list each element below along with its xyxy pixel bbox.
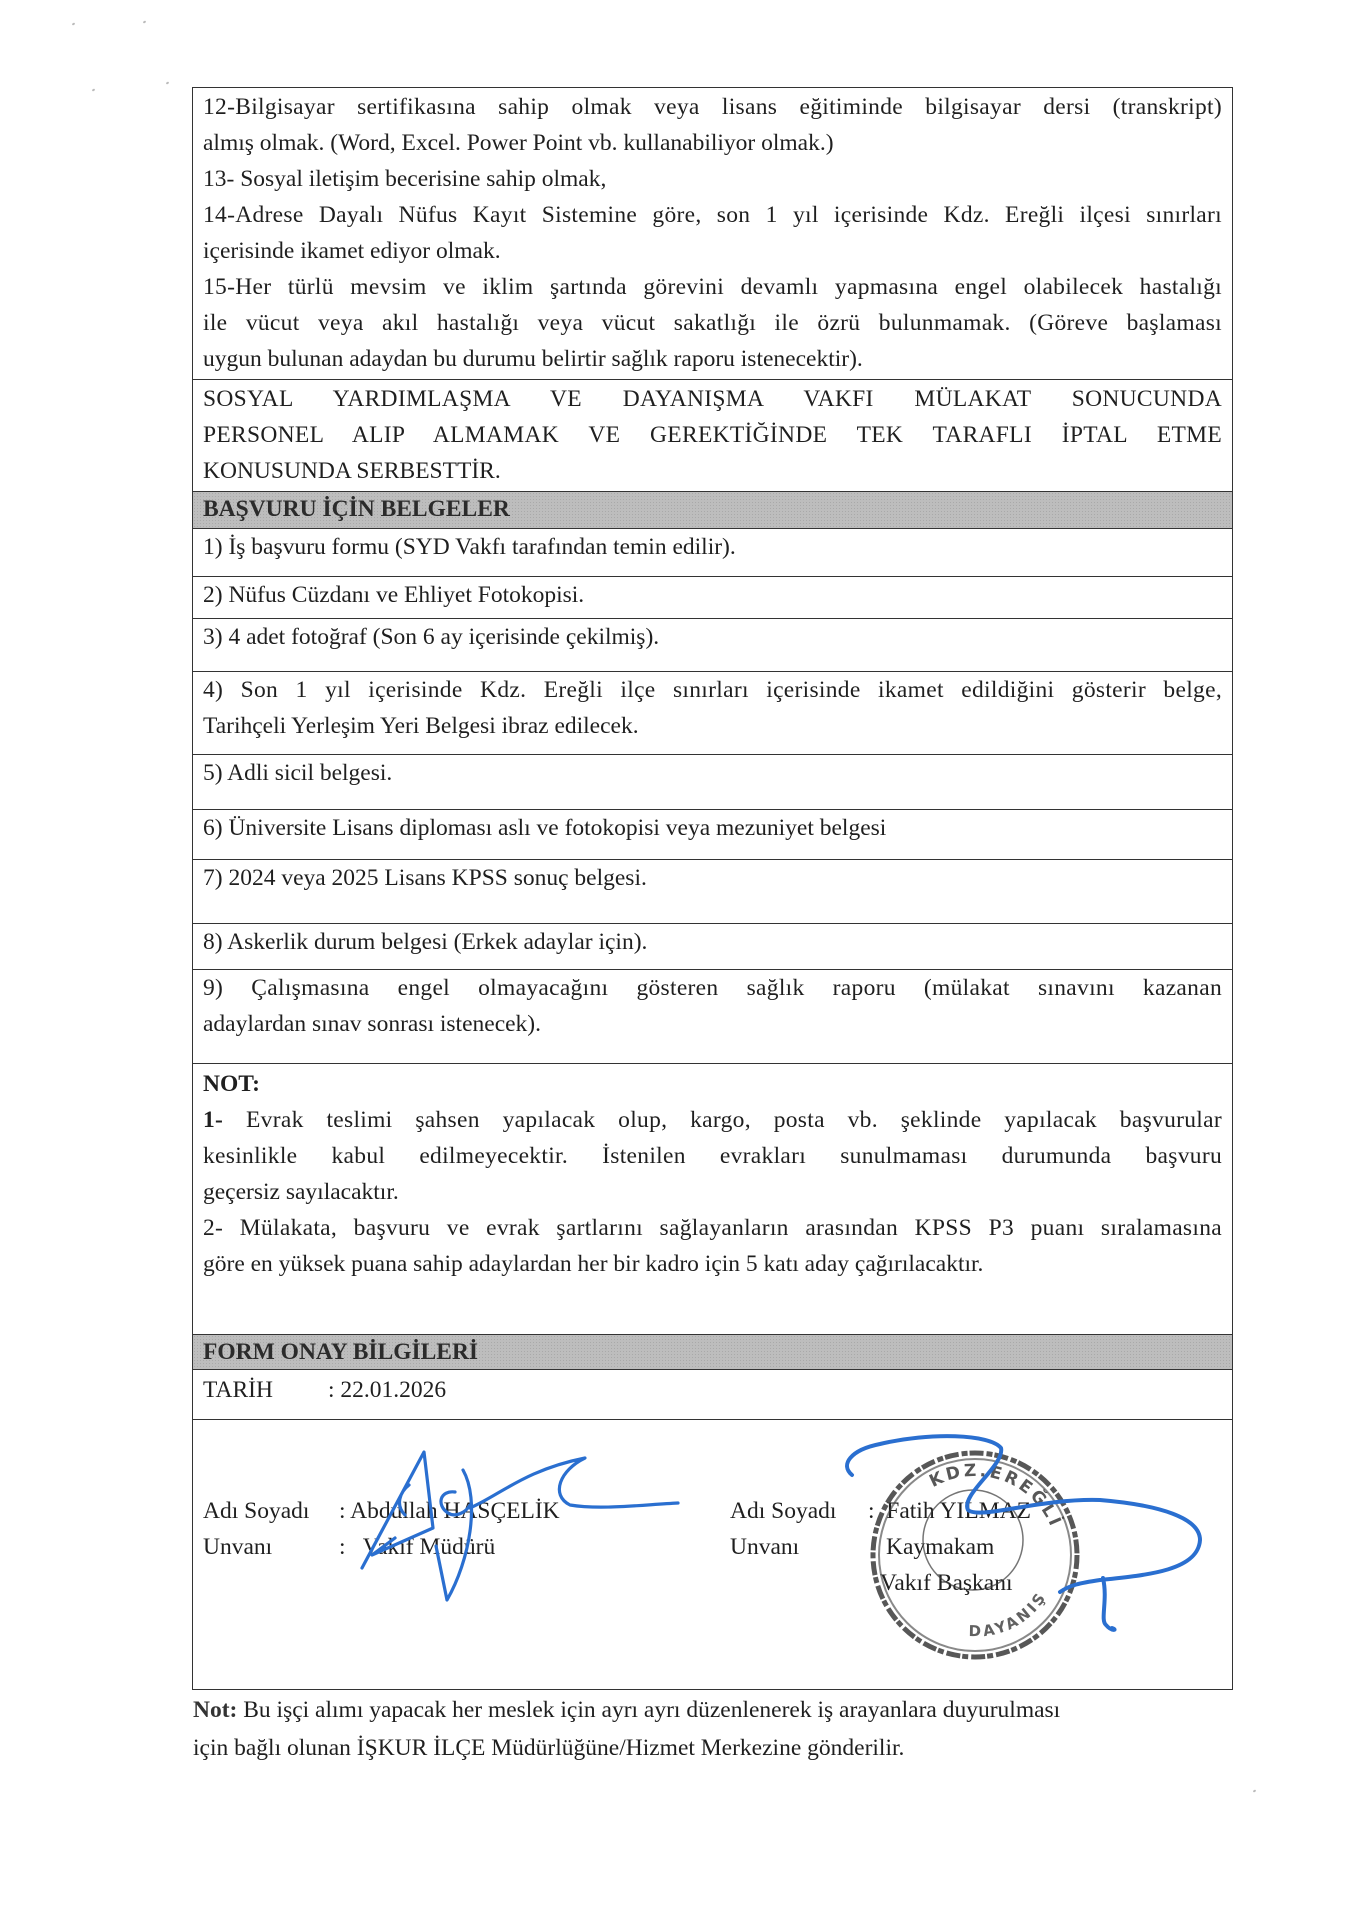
document-item-text: adaylardan sınav sonrası istenecek). [203,1006,1222,1042]
document-item: 5) Adli sicil belgesi. [193,754,1232,809]
notes-section: NOT: 1- Evrak teslimi şahsen yapılacak o… [193,1063,1232,1334]
document-item: 2) Nüfus Cüzdanı ve Ehliyet Fotokopisi. [193,576,1232,618]
scan-artifact [92,88,96,91]
note-1-text: Evrak teslimi şahsen yapılacak olup, kar… [223,1107,1222,1133]
document-item-text: 3) 4 adet fotoğraf (Son 6 ay içerisinde … [203,619,1222,655]
req-14-line-2: içerisinde ikamet ediyor olmak. [203,233,1222,269]
left-title-value: : Vakıf Müdürü [339,1534,495,1560]
left-title-label: Unvanı [203,1529,339,1565]
scan-artifact [143,20,147,23]
document-item: 1) İş başvuru formu (SYD Vakfı tarafında… [193,528,1232,576]
document-item-text: 6) Üniversite Lisans diploması aslı ve f… [203,810,1222,846]
document-item-text: 1) İş başvuru formu (SYD Vakfı tarafında… [203,529,1222,565]
document-item-text: 8) Askerlik durum belgesi (Erkek adaylar… [203,924,1222,960]
footer-note: Not: Bu işçi alımı yapacak her meslek iç… [193,1691,1233,1767]
left-name-label: Adı Soyadı [203,1493,339,1529]
left-name-value: : Abdullah HASÇELİK [339,1498,560,1524]
note-1-line-2: kesinlikle kabul edilmeyecektir. İstenil… [203,1138,1222,1174]
documents-section-title: BAŞVURU İÇİN BELGELER [203,496,510,522]
document-item: 4) Son 1 yıl içerisinde Kdz. Ereğli ilçe… [193,671,1232,754]
note-1-line-3: geçersiz sayılacaktır. [203,1174,1222,1210]
document-item-text: 2) Nüfus Cüzdanı ve Ehliyet Fotokopisi. [203,577,1222,613]
note-1-number: 1- [203,1107,223,1133]
req-12-line-2: almış olmak. (Word, Excel. Power Point v… [203,125,1222,161]
note-2-line-1: 2- Mülakata, başvuru ve evrak şartlarını… [203,1210,1222,1246]
footer-note-line-1: Bu işçi alımı yapacak her meslek için ay… [237,1697,1060,1723]
document-item: 9) Çalışmasına engel olmayacağını göster… [193,969,1232,1063]
approval-section-header: FORM ONAY BİLGİLERİ [193,1334,1232,1369]
approval-section-title: FORM ONAY BİLGİLERİ [203,1339,478,1365]
disclaimer-line-2: PERSONEL ALIP ALMAMAK VE GEREKTİĞİNDE TE… [203,417,1222,453]
right-title-value-2: Vakıf Başkanı [730,1565,1031,1601]
footer-note-label: Not: [193,1697,237,1723]
right-title-label: Unvanı [730,1529,868,1565]
disclaimer-line-3: KONUSUNDA SERBESTTİR. [203,453,1222,489]
document-item-text: Tarihçeli Yerleşim Yeri Belgesi ibraz ed… [203,708,1222,744]
document-item: 3) 4 adet fotoğraf (Son 6 ay içerisinde … [193,618,1232,671]
document-item: 7) 2024 veya 2025 Lisans KPSS sonuç belg… [193,859,1232,923]
left-signer: Adı Soyadı: Abdullah HASÇELİK Unvanı: Va… [203,1493,560,1565]
right-name-value: : Fatih YILMAZ [868,1498,1031,1524]
scan-artifact [72,22,76,25]
note-2-line-2: göre en yüksek puana sahip adaylardan he… [203,1246,1222,1282]
document-item: 8) Askerlik durum belgesi (Erkek adaylar… [193,923,1232,969]
job-posting-form-table: 12-Bilgisayar sertifikasına sahip olmak … [192,87,1233,1690]
document-item: 6) Üniversite Lisans diploması aslı ve f… [193,809,1232,859]
document-item-text: 7) 2024 veya 2025 Lisans KPSS sonuç belg… [203,860,1222,896]
documents-section-header: BAŞVURU İÇİN BELGELER [193,491,1232,528]
req-15-line-2: ile vücut veya akıl hastalığı veya vücut… [203,305,1222,341]
document-item-text: 4) Son 1 yıl içerisinde Kdz. Ereğli ilçe… [203,672,1222,708]
notes-title: NOT: [203,1066,1222,1102]
right-name-label: Adı Soyadı [730,1493,868,1529]
date-value: : 22.01.2026 [328,1377,446,1403]
req-15-line-3: uygun bulunan adaydan bu durumu belirtir… [203,341,1222,377]
req-15-line-1: 15-Her türlü mevsim ve iklim şartında gö… [203,269,1222,305]
scan-artifact [1253,1789,1257,1792]
date-label: TARİH [203,1370,328,1410]
footer-note-line-2: için bağlı olunan İŞKUR İLÇE Müdürlüğüne… [193,1729,1233,1767]
req-12-line-1: 12-Bilgisayar sertifikasına sahip olmak … [203,89,1222,125]
signature-area: Adı Soyadı: Abdullah HASÇELİK Unvanı: Va… [193,1419,1232,1689]
document-item-text: 5) Adli sicil belgesi. [203,755,1222,791]
document-item-text: 9) Çalışmasına engel olmayacağını göster… [203,970,1222,1006]
disclaimer-line-1: SOSYAL YARDIMLAŞMA VE DAYANIŞMA VAKFI MÜ… [203,381,1222,417]
foundation-disclaimer: SOSYAL YARDIMLAŞMA VE DAYANIŞMA VAKFI MÜ… [193,379,1232,491]
requirements-row: 12-Bilgisayar sertifikasına sahip olmak … [193,88,1232,379]
right-signer: Adı Soyadı: Fatih YILMAZ Unvanı Kaymakam… [730,1493,1031,1601]
note-1-line-1: 1- Evrak teslimi şahsen yapılacak olup, … [203,1102,1222,1138]
date-row: TARİH: 22.01.2026 [193,1369,1232,1419]
document-page: 12-Bilgisayar sertifikasına sahip olmak … [0,0,1357,1920]
scan-artifact [166,81,170,84]
req-13: 13- Sosyal iletişim becerisine sahip olm… [203,161,1222,197]
req-14-line-1: 14-Adrese Dayalı Nüfus Kayıt Sistemine g… [203,197,1222,233]
